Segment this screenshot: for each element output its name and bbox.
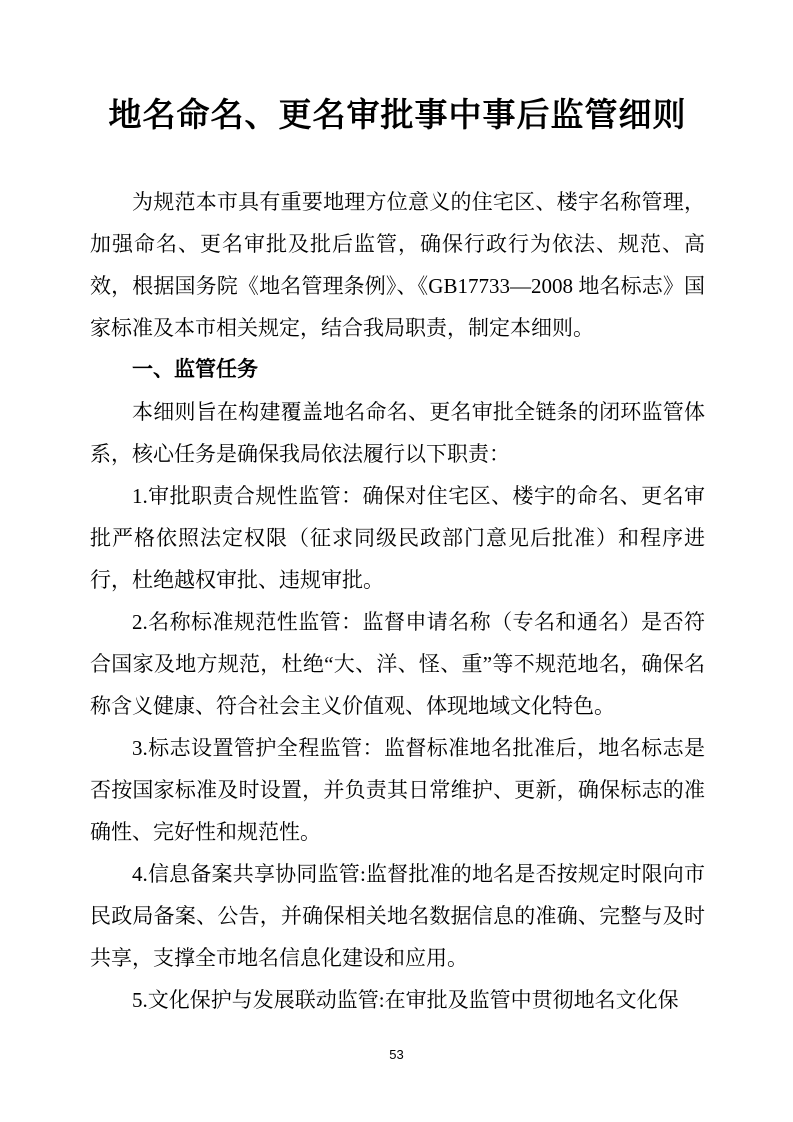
task-item-1: 1.审批职责合规性监管：确保对住宅区、楼宇的命名、更名审批严格依照法定权限（征求… — [90, 475, 705, 601]
intro-paragraph: 为规范本市具有重要地理方位意义的住宅区、楼宇名称管理，加强命名、更名审批及批后监… — [90, 181, 705, 349]
task-item-2: 2.名称标准规范性监管：监督申请名称（专名和通名）是否符合国家及地方规范，杜绝“… — [90, 601, 705, 727]
section-intro-paragraph: 本细则旨在构建覆盖地名命名、更名审批全链条的闭环监管体系，核心任务是确保我局依法… — [90, 391, 705, 475]
task-item-3: 3.标志设置管护全程监管：监督标准地名批准后，地名标志是否按国家标准及时设置，并… — [90, 727, 705, 853]
page-number: 53 — [0, 1047, 793, 1062]
task-item-4: 4.信息备案共享协同监管:监督批准的地名是否按规定时限向市民政局备案、公告，并确… — [90, 853, 705, 979]
section-heading-supervision-tasks: 一、监管任务 — [90, 349, 705, 391]
document-page: 地名命名、更名审批事中事后监管细则 为规范本市具有重要地理方位意义的住宅区、楼宇… — [0, 0, 793, 1122]
document-title: 地名命名、更名审批事中事后监管细则 — [90, 93, 705, 139]
document-content: 地名命名、更名审批事中事后监管细则 为规范本市具有重要地理方位意义的住宅区、楼宇… — [0, 0, 793, 1021]
task-item-5: 5.文化保护与发展联动监管:在审批及监管中贯彻地名文化保 — [90, 979, 705, 1021]
